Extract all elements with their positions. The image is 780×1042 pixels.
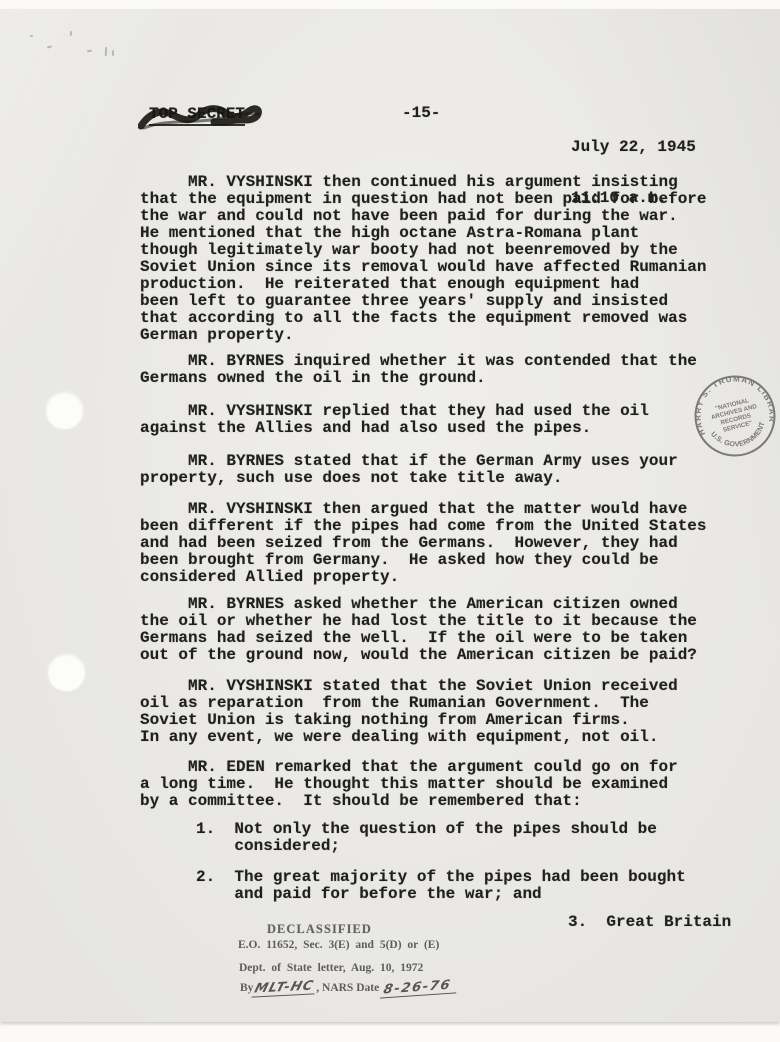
paragraph-vyshinski-4: MR. VYSHINSKI stated that the Soviet Uni… [140,678,678,746]
great-britain-note: 3. Great Britain [568,914,731,931]
paragraph-byrnes-3: MR. BYRNES asked whether the American ci… [140,596,697,664]
paragraph-byrnes-1: MR. BYRNES inquired whether it was conte… [140,353,697,387]
paragraph-vyshinski-3: MR. VYSHINSKI then argued that the matte… [140,501,707,586]
page-number: -15- [402,105,440,122]
paragraph-vyshinski-1: MR. VYSHINSKI then continued his argumen… [140,174,707,344]
punch-hole-bottom [48,654,85,691]
paragraph-eden: MR. EDEN remarked that the argument coul… [140,759,678,810]
nars-date-label: , NARS Date [316,982,379,994]
nars-date-value: 8-26-76 [380,977,459,998]
numbered-item-2: 2. The great majority of the pipes had b… [196,869,686,903]
by-label: By [240,982,253,994]
pencil-mark [112,50,114,56]
declassified-byline: ByMLT-HC, NARS Date8-26-76 [240,980,457,996]
paragraph-byrnes-2: MR. BYRNES stated that if the German Arm… [140,453,678,487]
paragraph-vyshinski-2: MR. VYSHINSKI replied that they had used… [140,403,649,437]
date-text: July 22, 1945 [571,139,696,156]
declassified-eo-line: E.O. 11652, Sec. 3(E) and 5(D) or (E) [238,939,439,951]
numbered-item-1: 1. Not only the question of the pipes sh… [196,821,657,855]
punch-hole-top [46,392,83,429]
declassified-title: DECLASSIFIED [267,921,372,937]
pencil-mark [70,31,73,36]
reviewer-signature: MLT-HC [252,978,319,997]
pencil-mark [105,47,107,56]
declassified-dept-line: Dept. of State letter, Aug. 10, 1972 [239,962,423,974]
pencil-mark [30,35,34,38]
strikethrough-scribble-icon [138,101,278,139]
pencil-mark [47,45,52,48]
pencil-mark [87,50,92,53]
scanned-document: { "colors":{"paper":"#ecebe7","ink":"#1f… [0,0,780,1042]
